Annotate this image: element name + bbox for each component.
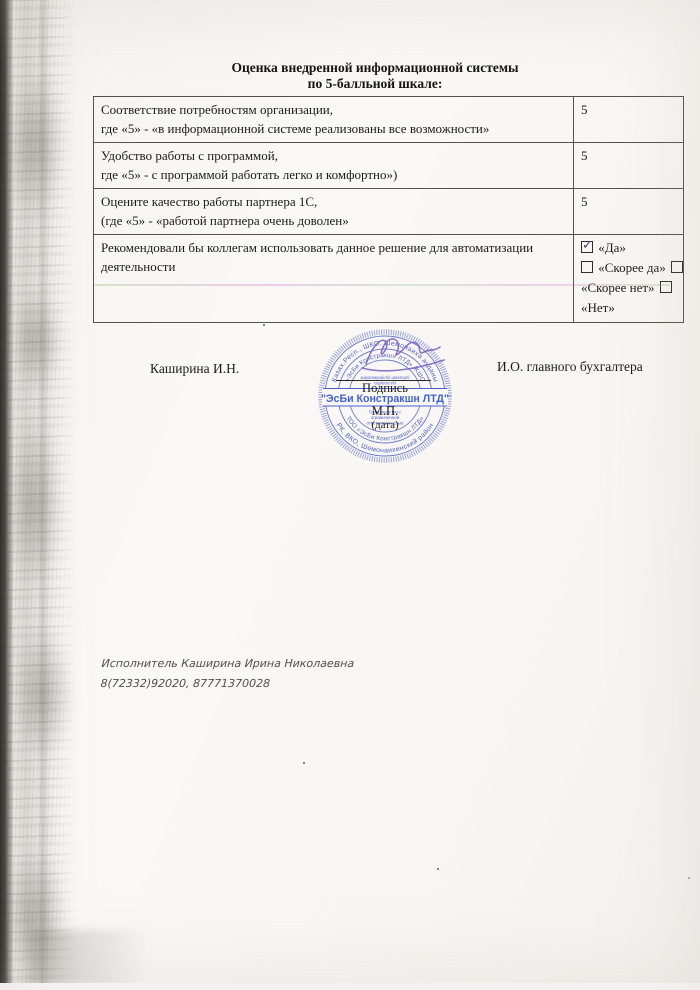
table-row: Соответствие потребностям организации, г… — [94, 97, 684, 143]
checkbox-checked-icon — [581, 241, 593, 253]
table-row-recommendation: Рекомендовали бы коллегам использовать д… — [94, 235, 684, 323]
option-label: «Да» — [598, 240, 626, 255]
scan-speck — [688, 877, 690, 879]
option-rather-yes: «Скорее да» — [581, 258, 677, 278]
scan-speck — [437, 868, 439, 870]
question-note: (где «5» - «работой партнера очень довол… — [101, 211, 567, 230]
checkbox-icon — [660, 281, 672, 293]
options-cell: «Да» «Скорее да» «Скорее нет» «Нет» — [574, 235, 684, 323]
scan-color-fringe — [94, 284, 670, 286]
scan-speck — [263, 324, 265, 326]
scan-speck — [303, 762, 305, 764]
question-text: деятельности — [101, 257, 567, 276]
scan-smudge — [6, 420, 62, 590]
question-note: где «5» - «в информационной системе реал… — [101, 119, 567, 138]
table-row: Удобство работы с программой, где «5» - … — [94, 143, 684, 189]
scan-smudge — [10, 290, 62, 390]
score-cell: 5 — [574, 143, 684, 189]
checkbox-icon — [581, 261, 593, 273]
question-cell: Оцените качество работы партнера 1С, (гд… — [94, 189, 574, 235]
option-no: «Нет» — [581, 298, 677, 318]
score-value: 5 — [581, 100, 677, 119]
executor-line: Исполнитель Каширина Ирина Николаевна — [101, 654, 355, 674]
signer-name: Каширина И.Н. — [150, 361, 239, 377]
option-rather-no: «Скорее нет» — [581, 278, 677, 298]
title-line-1: Оценка внедренной информационной системы — [95, 60, 655, 76]
scan-smudge — [30, 930, 150, 985]
scan-smudge — [12, 630, 72, 760]
handwritten-signature — [332, 330, 457, 378]
question-text: Оцените качество работы партнера 1С, — [101, 192, 567, 211]
question-cell: Удобство работы с программой, где «5» - … — [94, 143, 574, 189]
question-text: Рекомендовали бы коллегам использовать д… — [101, 238, 567, 257]
option-label: «Нет» — [581, 300, 615, 315]
question-note: где «5» - с программой работать легко и … — [101, 165, 567, 184]
option-label: «Скорее да» — [598, 260, 666, 275]
score-cell: 5 — [574, 97, 684, 143]
date-label: (дата) — [315, 419, 455, 431]
signature-label: Подпись — [315, 381, 455, 396]
question-cell: Соответствие потребностям организации, г… — [94, 97, 574, 143]
signer-position: И.О. главного бухгалтера — [497, 359, 643, 375]
score-value: 5 — [581, 192, 677, 211]
scan-smudge — [6, 70, 64, 220]
table-row: Оцените качество работы партнера 1С, (гд… — [94, 189, 684, 235]
evaluation-table: Соответствие потребностям организации, г… — [93, 96, 684, 323]
scanner-bottom-edge — [0, 983, 700, 990]
question-text: Соответствие потребностям организации, — [101, 100, 567, 119]
option-label: «Скорее нет» — [581, 280, 655, 295]
document-footer: Исполнитель Каширина Ирина Николаевна 8(… — [100, 654, 355, 694]
score-cell: 5 — [574, 189, 684, 235]
title-line-2: по 5-балльной шкале: — [95, 76, 655, 92]
option-yes: «Да» — [581, 238, 677, 258]
checkbox-icon — [671, 261, 683, 273]
seal-label: М.П. — [315, 404, 455, 419]
scanned-document-page: Оценка внедренной информационной системы… — [0, 0, 700, 990]
question-cell: Рекомендовали бы коллегам использовать д… — [94, 235, 574, 323]
phones-line: 8(72332)92020, 87771370028 — [100, 674, 354, 694]
document-title: Оценка внедренной информационной системы… — [95, 60, 655, 92]
question-text: Удобство работы с программой, — [101, 146, 567, 165]
score-value: 5 — [581, 146, 677, 165]
